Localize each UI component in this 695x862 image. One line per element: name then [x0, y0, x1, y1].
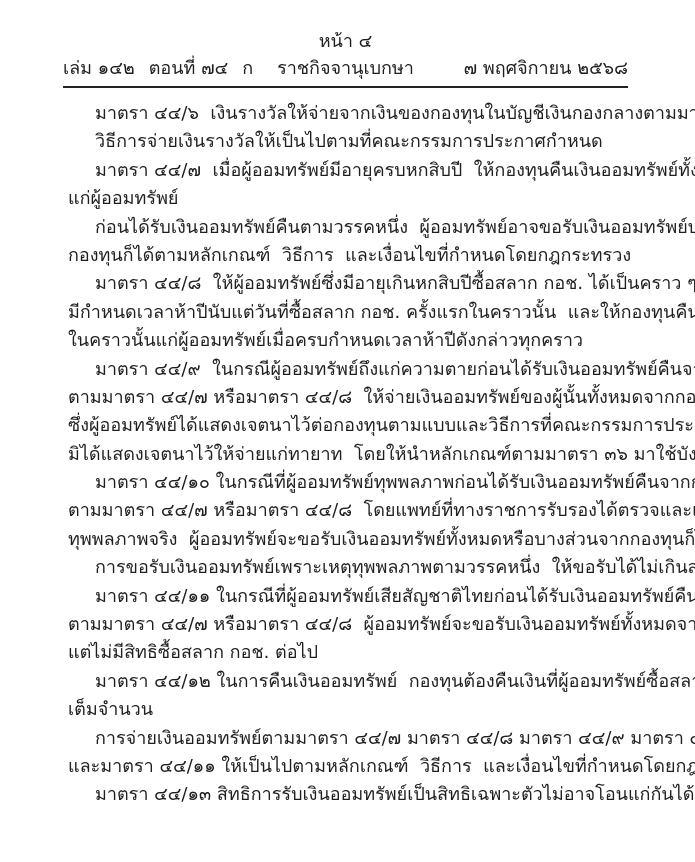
text-line: มาตรา ๔๔/๙ ในกรณีผู้ออมทรัพย์ถึงแก่ความต… — [68, 356, 628, 384]
text-line: วิธีการจ่ายเงินรางวัลให้เป็นไปตามที่คณะก… — [68, 128, 628, 156]
header-divider-rule — [63, 86, 628, 88]
text-line: แต่ไม่มีสิทธิซื้อสลาก กอช. ต่อไป — [68, 639, 628, 667]
text-line: การจ่ายเงินออมทรัพย์ตามมาตรา ๔๔/๗ มาตรา … — [68, 725, 628, 753]
text-line: และมาตรา ๔๔/๑๑ ให้เป็นไปตามหลักเกณฑ์ วิธ… — [68, 753, 628, 781]
text-line: มาตรา ๔๔/๑๑ ในกรณีที่ผู้ออมทรัพย์เสียสัญ… — [68, 583, 628, 611]
text-line: ตามมาตรา ๔๔/๗ หรือมาตรา ๔๔/๘ โดยแพทย์ที่… — [68, 497, 628, 525]
text-line: ซึ่งผู้ออมทรัพย์ได้แสดงเจตนาไว้ต่อกองทุน… — [68, 412, 628, 440]
text-line: มาตรา ๔๔/๑๐ ในกรณีที่ผู้ออมทรัพย์ทุพพลภา… — [68, 469, 628, 497]
text-line: ทุพพลภาพจริง ผู้ออมทรัพย์จะขอรับเงินออมท… — [68, 526, 628, 554]
text-line: ตามมาตรา ๔๔/๗ หรือมาตรา ๔๔/๘ ผู้ออมทรัพย… — [68, 611, 628, 639]
text-line: กองทุนก็ได้ตามหลักเกณฑ์ วิธีการ และเงื่อ… — [68, 242, 628, 270]
page-header: หน้า ๔ เล่ม ๑๔๒ ตอนที่ ๗๔ ก ราชกิจจานุเบ… — [63, 30, 628, 88]
page-number-label: หน้า ๔ — [63, 30, 628, 54]
text-line: มาตรา ๔๔/๘ ให้ผู้ออมทรัพย์ซึ่งมีอายุเกิน… — [68, 270, 628, 298]
text-line: มาตรา ๔๔/๑๒ ในการคืนเงินออมทรัพย์ กองทุน… — [68, 668, 628, 696]
text-line: การขอรับเงินออมทรัพย์เพราะเหตุทุพพลภาพตา… — [68, 554, 628, 582]
text-line: มาตรา ๔๔/๖ เงินรางวัลให้จ่ายจากเงินของกอ… — [68, 100, 628, 128]
text-line: แก่ผู้ออมทรัพย์ — [68, 185, 628, 213]
publication-date: ๗ พฤศจิกายน ๒๕๖๘ — [464, 56, 628, 82]
text-line: ก่อนได้รับเงินออมทรัพย์คืนตามวรรคหนึ่ง ผ… — [68, 214, 628, 242]
text-line: มาตรา ๔๔/๗ เมื่อผู้ออมทรัพย์มีอายุครบหกส… — [68, 157, 628, 185]
text-line: มีกำหนดเวลาห้าปีนับแต่วันที่ซื้อสลาก กอช… — [68, 299, 628, 327]
text-line: มิได้แสดงเจตนาไว้ให้จ่ายแก่ทายาท โดยให้น… — [68, 441, 628, 469]
text-line: ตามมาตรา ๔๔/๗ หรือมาตรา ๔๔/๘ ให้จ่ายเงิน… — [68, 384, 628, 412]
text-line: เต็มจำนวน — [68, 696, 628, 724]
text-line: ในคราวนั้นแก่ผู้ออมทรัพย์เมื่อครบกำหนดเว… — [68, 327, 628, 355]
document-body: มาตรา ๔๔/๖ เงินรางวัลให้จ่ายจากเงินของกอ… — [68, 100, 628, 810]
gazette-page: หน้า ๔ เล่ม ๑๔๒ ตอนที่ ๗๔ ก ราชกิจจานุเบ… — [0, 0, 695, 862]
masthead-row: เล่ม ๑๔๒ ตอนที่ ๗๔ ก ราชกิจจานุเบกษา ๗ พ… — [63, 56, 628, 82]
text-line: มาตรา ๔๔/๑๓ สิทธิการรับเงินออมทรัพย์เป็น… — [68, 781, 628, 809]
